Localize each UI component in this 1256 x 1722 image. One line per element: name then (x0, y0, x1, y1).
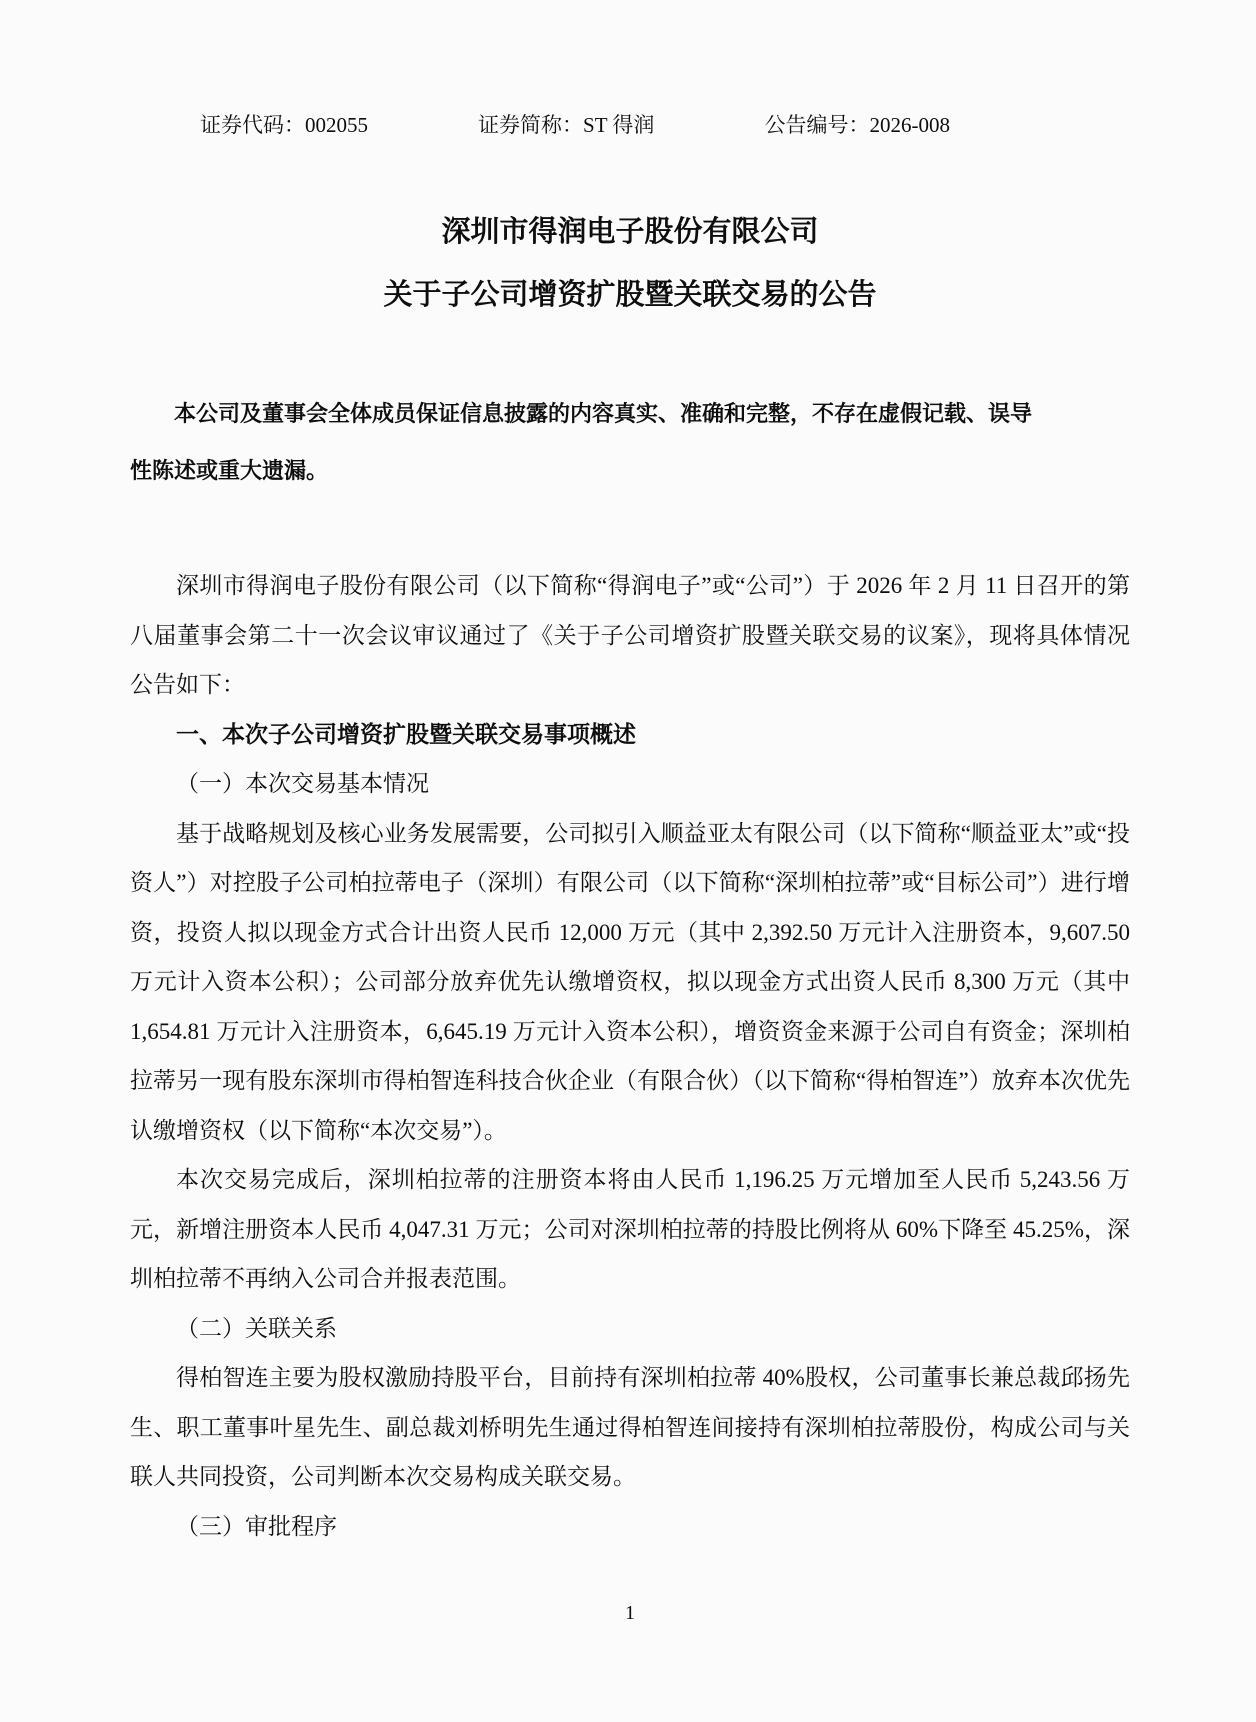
board-statement: 本公司及董事会全体成员保证信息披露的内容真实、准确和完整，不存在虚假记载、误导性… (130, 385, 1050, 499)
document-body: 深圳市得润电子股份有限公司（以下简称“得润电子”或“公司”）于 2026 年 2… (130, 561, 1130, 1551)
section-heading-1: 一、本次子公司增资扩股暨关联交易事项概述 (130, 710, 1130, 760)
subsection-heading-1-1: （一）本次交易基本情况 (130, 759, 1130, 809)
paragraph-transaction-details: 基于战略规划及核心业务发展需要，公司拟引入顺益亚太有限公司（以下简称“顺益亚太”… (130, 809, 1130, 1156)
announcement-page: 证券代码：002055 证券简称：ST 得润 公告编号：2026-008 深圳市… (0, 0, 1256, 1722)
company-name-title: 深圳市得润电子股份有限公司 (130, 210, 1130, 254)
document-header: 证券代码：002055 证券简称：ST 得润 公告编号：2026-008 (130, 111, 1130, 139)
subsection-heading-1-3: （三）审批程序 (130, 1502, 1130, 1552)
announcement-number: 公告编号：2026-008 (764, 111, 950, 139)
page-number: 1 (130, 1599, 1130, 1627)
paragraph-related-relationship: 得柏智连主要为股权激励持股平台，目前持有深圳柏拉蒂 40%股权，公司董事长兼总裁… (130, 1353, 1130, 1502)
stock-code: 证券代码：002055 (200, 111, 368, 139)
announcement-title: 关于子公司增资扩股暨关联交易的公告 (130, 273, 1130, 317)
subsection-heading-1-2: （二）关联关系 (130, 1304, 1130, 1354)
stock-abbreviation: 证券简称：ST 得润 (478, 111, 654, 139)
paragraph-post-transaction: 本次交易完成后，深圳柏拉蒂的注册资本将由人民币 1,196.25 万元增加至人民… (130, 1155, 1130, 1304)
paragraph-intro: 深圳市得润电子股份有限公司（以下简称“得润电子”或“公司”）于 2026 年 2… (130, 561, 1130, 710)
